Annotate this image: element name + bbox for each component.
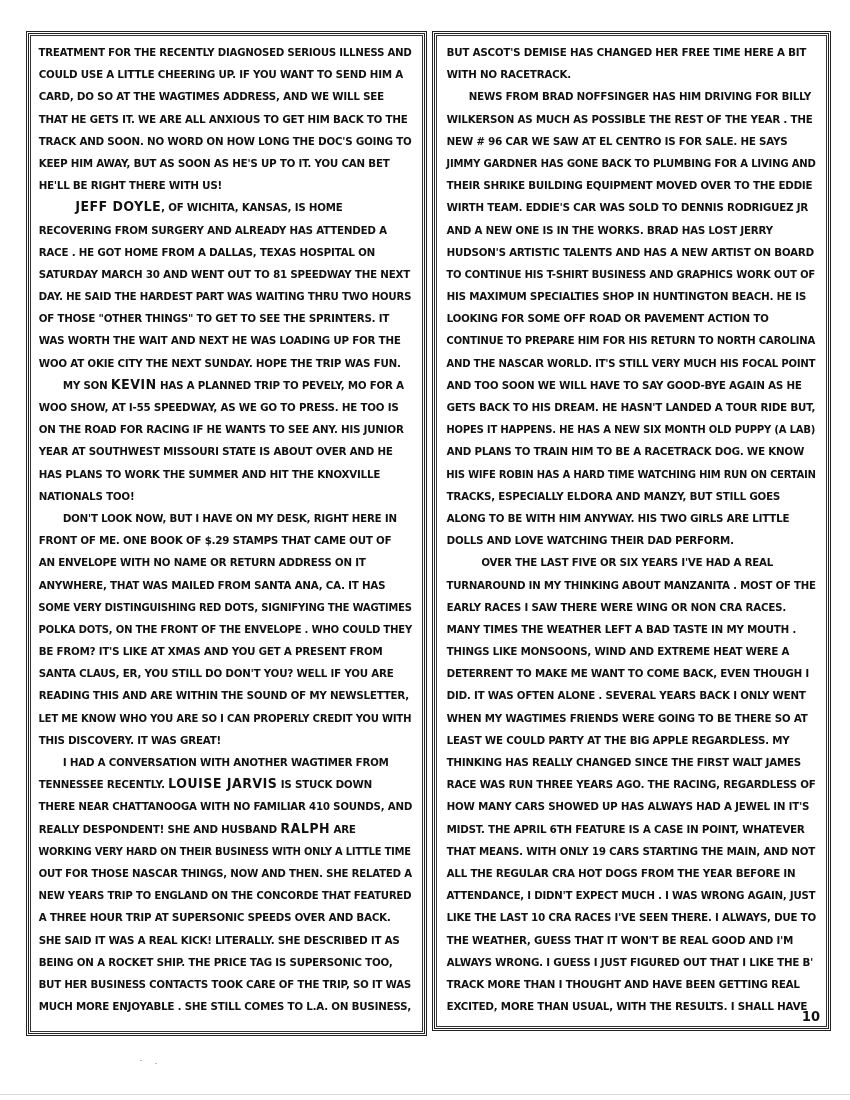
text-line: TRACK MORE THAN I THOUGHT AND HAVE BEEN … [435, 974, 816, 996]
text-line: RECOVERING FROM SURGERY AND ALREADY HAS … [29, 220, 412, 242]
text-line: LOOKING FOR SOME OFF ROAD OR PAVEMENT AC… [435, 308, 816, 330]
text-line: AND PLANS TO TRAIN HIM TO BE A RACETRACK… [435, 441, 816, 463]
text-line: NEW YEARS TRIP TO ENGLAND ON THE CONCORD… [29, 885, 407, 907]
text-line: DAY. HE SAID THE HARDEST PART WAS WAITIN… [29, 286, 409, 308]
text-line: BUT ASCOT'S DEMISE HAS CHANGED HER FREE … [435, 42, 816, 64]
text-line: THIS DISCOVERY. IT WAS GREAT! [29, 730, 412, 752]
text-line: WITH NO RACETRACK. [435, 64, 816, 86]
text-line: DID. IT WAS OFTEN ALONE . SEVERAL YEARS … [435, 685, 816, 707]
text-line: GETS BACK TO HIS DREAM. HE HASN'T LANDED… [435, 397, 816, 419]
text-line: YEAR AT SOUTHWEST MISSOURI STATE IS ABOU… [29, 441, 412, 463]
text-line: TURNAROUND IN MY THINKING ABOUT MANZANIT… [435, 575, 811, 597]
text-line: TRACK AND SOON. NO WORD ON HOW LONG THE … [29, 131, 412, 153]
paragraph-lead-line: DON'T LOOK NOW, BUT I HAVE ON MY DESK, R… [29, 508, 411, 530]
text-fragment: REALLY DESPONDENT! SHE AND HUSBAND [39, 824, 281, 836]
text-line: COULD USE A LITTLE CHEERING UP. IF YOU W… [29, 64, 412, 86]
text-line: THEIR SHRIKE BUILDING EQUIPMENT MOVED OV… [435, 175, 816, 197]
text-line: MIDST. THE APRIL 6TH FEATURE IS A CASE I… [435, 819, 816, 841]
text-line: AN ENVELOPE WITH NO NAME OR RETURN ADDRE… [29, 552, 412, 574]
text-line: NEW # 96 CAR WE SAW AT EL CENTRO IS FOR … [435, 131, 816, 153]
text-line: CONTINUE TO PREPARE HIM FOR HIS RETURN T… [435, 330, 808, 352]
text-line: SANTA CLAUS, ER, YOU STILL DO DON'T YOU?… [29, 663, 412, 685]
text-line: MUCH MORE ENJOYABLE . SHE STILL COMES TO… [29, 996, 412, 1018]
left-column-text: TREATMENT FOR THE RECENTLY DIAGNOSED SER… [29, 42, 424, 1018]
text-line: TREATMENT FOR THE RECENTLY DIAGNOSED SER… [29, 42, 407, 64]
text-line: EARLY RACES I SAW THERE WERE WING OR NON… [435, 597, 816, 619]
text-line: AND TOO SOON WE WILL HAVE TO SAY GOOD-BY… [435, 375, 816, 397]
text-line: THAT HE GETS IT. WE ARE ALL ANXIOUS TO G… [29, 109, 412, 131]
text-line: WAS WORTH THE WAIT AND NEXT HE WAS LOADI… [29, 330, 412, 352]
left-column: TREATMENT FOR THE RECENTLY DIAGNOSED SER… [26, 31, 427, 1036]
text-line: SATURDAY MARCH 30 AND WENT OUT TO 81 SPE… [29, 264, 412, 286]
text-fragment: , OF WICHITA, KANSAS, IS HOME [161, 202, 342, 214]
text-line: WHEN MY WAGTIMES FRIENDS WERE GOING TO B… [435, 708, 816, 730]
person-name: RALPH [280, 822, 330, 837]
text-fragment: HAS A PLANNED TRIP TO PEVELY, MO FOR A [157, 380, 404, 392]
text-line: TENNESSEE RECENTLY. LOUISE JARVIS IS STU… [29, 774, 412, 796]
text-line: DETERRENT TO MAKE ME WANT TO COME BACK, … [435, 663, 816, 685]
text-line: WOO AT OKIE CITY THE NEXT SUNDAY. HOPE T… [29, 353, 412, 375]
text-line: ALONG TO BE WITH HIM ANYWAY. HIS TWO GIR… [435, 508, 816, 530]
text-line: HIS WIFE ROBIN HAS A HARD TIME WATCHING … [435, 464, 803, 486]
text-line: OF THOSE "OTHER THINGS" TO GET TO SEE TH… [29, 308, 412, 330]
text-line: THINGS LIKE MONSOONS, WIND AND EXTREME H… [435, 641, 816, 663]
text-line: OUT FOR THOSE NASCAR THINGS, NOW AND THE… [29, 863, 408, 885]
text-line: HAS PLANS TO WORK THE SUMMER AND HIT THE… [29, 464, 412, 486]
text-line: ANYWHERE, THAT WAS MAILED FROM SANTA ANA… [29, 575, 412, 597]
text-fragment: MY SON [63, 380, 111, 392]
scan-artifact-line [0, 1094, 850, 1095]
text-fragment: TENNESSEE RECENTLY. [39, 779, 168, 791]
text-line: TO CONTINUE HIS T-SHIRT BUSINESS AND GRA… [435, 264, 807, 286]
person-name: LOUISE JARVIS [168, 777, 277, 792]
scan-speck [140, 1060, 142, 1061]
text-fragment: ARE [330, 824, 356, 836]
text-line: POLKA DOTS, ON THE FRONT OF THE ENVELOPE… [29, 619, 403, 641]
text-line: BEING ON A ROCKET SHIP. THE PRICE TAG IS… [29, 952, 412, 974]
text-line: AND A NEW ONE IS IN THE WORKS. BRAD HAS … [435, 220, 816, 242]
text-line: WIRTH TEAM. EDDIE'S CAR WAS SOLD TO DENN… [435, 197, 816, 219]
text-line: WILKERSON AS MUCH AS POSSIBLE THE REST O… [435, 109, 816, 131]
paragraph-lead-line: OVER THE LAST FIVE OR SIX YEARS I'VE HAD… [435, 552, 814, 574]
text-line: NATIONALS TOO! [29, 486, 412, 508]
text-line: ALWAYS WRONG. I GUESS I JUST FIGURED OUT… [435, 952, 816, 974]
text-line: DOLLS AND LOVE WATCHING THEIR DAD PERFOR… [435, 530, 816, 552]
text-line: RACE WAS RUN THREE YEARS AGO. THE RACING… [435, 774, 816, 796]
text-fragment: IS STUCK DOWN [277, 779, 372, 791]
text-line: LIKE THE LAST 10 CRA RACES I'VE SEEN THE… [435, 907, 815, 929]
text-line: WORKING VERY HARD ON THEIR BUSINESS WITH… [29, 841, 397, 863]
person-name: JEFF DOYLE [75, 200, 161, 215]
right-column-text: BUT ASCOT'S DEMISE HAS CHANGED HER FREE … [435, 42, 828, 1018]
text-line: SOME VERY DISTINGUISHING RED DOTS, SIGNI… [29, 597, 400, 619]
text-line: ALL THE REGULAR CRA HOT DOGS FROM THE YE… [435, 863, 816, 885]
text-line: WOO SHOW, AT I-55 SPEEDWAY, AS WE GO TO … [29, 397, 412, 419]
text-line: REALLY DESPONDENT! SHE AND HUSBAND RALPH… [29, 819, 412, 841]
text-line: CARD, DO SO AT THE WAGTIMES ADDRESS, AND… [29, 86, 412, 108]
text-line: LET ME KNOW WHO YOU ARE SO I CAN PROPERL… [29, 708, 403, 730]
text-line: HOW MANY CARS SHOWED UP HAS ALWAYS HAD A… [435, 796, 816, 818]
text-line: THAT MEANS. WITH ONLY 19 CARS STARTING T… [435, 841, 816, 863]
text-line: FRONT OF ME. ONE BOOK OF $.29 STAMPS THA… [29, 530, 412, 552]
text-line: A THREE HOUR TRIP AT SUPERSONIC SPEEDS O… [29, 907, 412, 929]
text-line: BUT HER BUSINESS CONTACTS TOOK CARE OF T… [29, 974, 409, 996]
text-line: LEAST WE COULD PARTY AT THE BIG APPLE RE… [435, 730, 816, 752]
text-line: HOPES IT HAPPENS. HE HAS A NEW SIX MONTH… [435, 419, 806, 441]
text-line: THINKING HAS REALLY CHANGED SINCE THE FI… [435, 752, 816, 774]
paragraph-lead-line: MY SON KEVIN HAS A PLANNED TRIP TO PEVEL… [29, 375, 411, 397]
text-line: JIMMY GARDNER HAS GONE BACK TO PLUMBING … [435, 153, 808, 175]
text-line: HE'LL BE RIGHT THERE WITH US! [29, 175, 412, 197]
scan-speck [155, 1063, 157, 1064]
paragraph-lead-line: I HAD A CONVERSATION WITH ANOTHER WAGTIM… [29, 752, 411, 774]
text-line: SHE SAID IT WAS A REAL KICK! LITERALLY. … [29, 930, 412, 952]
paragraph-lead-line: NEWS FROM BRAD NOFFSINGER HAS HIM DRIVIN… [435, 86, 815, 108]
right-column: BUT ASCOT'S DEMISE HAS CHANGED HER FREE … [432, 31, 831, 1031]
text-line: TRACKS, ESPECIALLY ELDORA AND MANZY, BUT… [435, 486, 816, 508]
paragraph-lead-line: JEFF DOYLE, OF WICHITA, KANSAS, IS HOME [29, 197, 410, 219]
text-line: ON THE ROAD FOR RACING IF HE WANTS TO SE… [29, 419, 412, 441]
text-line: AND THE NASCAR WORLD. IT'S STILL VERY MU… [435, 353, 808, 375]
text-line: HUDSON'S ARTISTIC TALENTS AND HAS A NEW … [435, 242, 816, 264]
text-line: EXCITED, MORE THAN USUAL, WITH THE RESUL… [435, 996, 816, 1018]
text-line: HIS MAXIMUM SPECIALTIES SHOP IN HUNTINGT… [435, 286, 816, 308]
page-number: 10 [802, 1010, 820, 1025]
text-line: READING THIS AND ARE WITHIN THE SOUND OF… [29, 685, 412, 707]
text-line: KEEP HIM AWAY, BUT AS SOON AS HE'S UP TO… [29, 153, 412, 175]
text-line: RACE . HE GOT HOME FROM A DALLAS, TEXAS … [29, 242, 412, 264]
text-line: THERE NEAR CHATTANOOGA WITH NO FAMILIAR … [29, 796, 410, 818]
person-name: KEVIN [111, 378, 157, 393]
text-line: MANY TIMES THE WEATHER LEFT A BAD TASTE … [435, 619, 816, 641]
text-line: THE WEATHER, GUESS THAT IT WON'T BE REAL… [435, 930, 816, 952]
text-line: ATTENDANCE, I DIDN'T EXPECT MUCH . I WAS… [435, 885, 811, 907]
text-line: BE FROM? IT'S LIKE AT XMAS AND YOU GET A… [29, 641, 412, 663]
